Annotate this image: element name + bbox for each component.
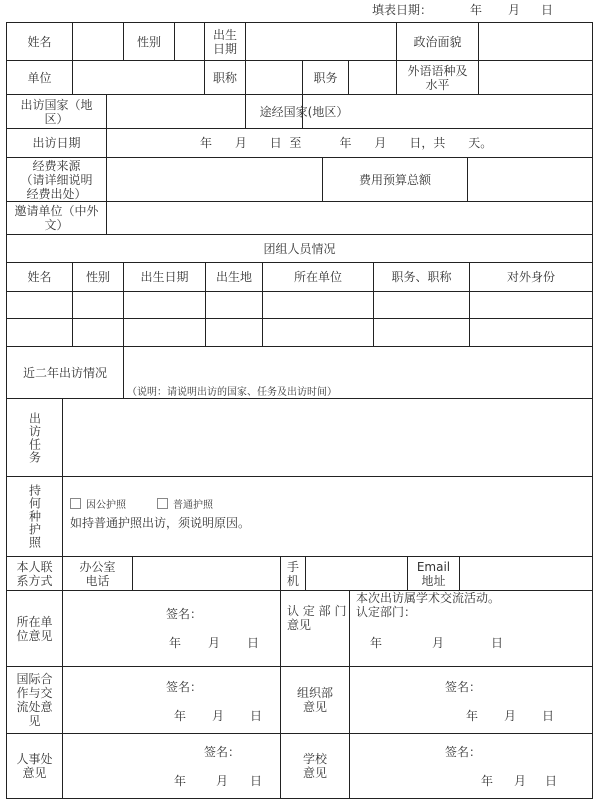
title-field[interactable]: [246, 61, 302, 94]
col-header-position-title: 职务、职称: [374, 263, 469, 291]
label-email: Email 地址: [408, 557, 459, 590]
school-day: 日: [545, 774, 557, 788]
visit-date-range[interactable]: 年 月 日 至 年 月 日，共 天。: [200, 136, 492, 150]
label-name: 姓名: [7, 23, 72, 60]
hr-office-year: 年: [174, 774, 186, 788]
unit-field[interactable]: [73, 61, 204, 94]
office-phone-field[interactable]: [133, 557, 280, 590]
label-mission-text: 出访任务: [28, 412, 42, 464]
unit-opinion-month: 月: [208, 636, 220, 650]
unit-opinion-sign: 签名：: [166, 607, 202, 621]
label-birth-date: 出生 日期: [205, 23, 245, 60]
label-unit: 单位: [7, 61, 72, 94]
col-header-name: 姓名: [7, 263, 72, 291]
org-dept-month: 月: [504, 709, 516, 723]
language-field[interactable]: [479, 61, 592, 94]
checkbox-official-passport[interactable]: [70, 498, 81, 509]
label-position: 职务: [303, 61, 348, 94]
cert-dept-year: 年: [370, 636, 382, 650]
org-dept-day: 日: [542, 709, 554, 723]
hr-office-sign: 签名：: [204, 745, 240, 759]
col-header-unit: 所在单位: [263, 263, 373, 291]
fill-date-month: 月: [508, 3, 520, 17]
label-intl-office: 国际合 作与交 流处意 见: [7, 667, 62, 733]
label-destination: 出访国家（地 区）: [7, 95, 106, 128]
label-office-phone: 办公室 电话: [63, 557, 132, 590]
option-official-passport[interactable]: 因公护照: [70, 498, 126, 513]
funding-source-field[interactable]: [107, 158, 322, 201]
label-visit-date: 出访日期: [7, 129, 106, 157]
school-sign: 签名：: [445, 745, 481, 759]
col-header-birthplace: 出生地: [206, 263, 262, 291]
label-budget-total: 费用预算总额: [323, 158, 467, 201]
label-title: 职称: [205, 61, 245, 94]
political-status-field[interactable]: [479, 23, 592, 60]
org-dept-sign: 签名：: [445, 680, 481, 694]
destination-field[interactable]: [107, 95, 245, 128]
gender-field[interactable]: [175, 23, 204, 60]
school-month: 月: [514, 774, 526, 788]
fill-date-label: 填表日期：: [372, 3, 432, 17]
option-official-passport-label: 因公护照: [86, 500, 126, 511]
label-transit: 途经国家(地区）: [246, 95, 302, 128]
label-funding-source: 经费来源 （请详细说明 经费出处）: [7, 158, 106, 201]
col-header-gender: 性别: [73, 263, 123, 291]
passport-note: 如持普通护照出访，须说明原因。: [70, 516, 250, 530]
org-dept-year: 年: [466, 709, 478, 723]
cert-dept-month: 月: [432, 636, 444, 650]
col-header-birth-date: 出生日期: [124, 263, 205, 291]
delegation-title: 团组人员情况: [7, 235, 592, 262]
unit-opinion-year: 年: [169, 636, 181, 650]
label-mobile: 手 机: [281, 557, 305, 590]
budget-total-field[interactable]: [468, 158, 592, 201]
label-political-status: 政治面貌: [397, 23, 478, 60]
school-year: 年: [481, 774, 493, 788]
cert-dept-day: 日: [491, 636, 503, 650]
col-header-external-identity: 对外身份: [470, 263, 592, 291]
hr-office-day: 日: [250, 774, 262, 788]
checkbox-ordinary-passport[interactable]: [157, 498, 168, 509]
email-field[interactable]: [460, 557, 592, 590]
cert-dept-text: 本次出访属学术交流活动。 认定部门：: [356, 591, 500, 619]
label-hr-office: 人事处 意见: [7, 734, 62, 798]
label-passport: 持何种护照: [7, 477, 62, 556]
table-row[interactable]: [7, 319, 592, 346]
label-mission: 出访任务: [7, 399, 62, 476]
mobile-field[interactable]: [306, 557, 407, 590]
position-field[interactable]: [349, 61, 396, 94]
label-org-dept: 组织部 意见: [281, 667, 349, 733]
intl-office-sign: 签名：: [166, 680, 202, 694]
unit-opinion-day: 日: [247, 636, 259, 650]
label-recent-visits: 近二年出访情况: [7, 347, 123, 398]
name-field[interactable]: [73, 23, 123, 60]
label-unit-opinion: 所在单 位意见: [7, 591, 62, 666]
label-cert-dept: 认 定 部 门 意见: [287, 604, 346, 632]
intl-office-day: 日: [250, 709, 262, 723]
mission-field[interactable]: [63, 399, 592, 476]
fill-date-year: 年: [470, 3, 482, 17]
option-ordinary-passport-label: 普通护照: [173, 500, 213, 511]
inviting-unit-field[interactable]: [107, 202, 592, 234]
intl-office-year: 年: [174, 709, 186, 723]
label-language: 外语语种及 水平: [397, 61, 478, 94]
option-ordinary-passport[interactable]: 普通护照: [157, 498, 213, 513]
recent-visits-note: （说明：请说明出访的国家、任务及出访时间）: [127, 386, 337, 400]
label-inviting-unit: 邀请单位（中外 文）: [7, 202, 106, 234]
label-school: 学校 意见: [281, 734, 349, 798]
fill-date-day: 日: [541, 3, 553, 17]
birth-date-field[interactable]: [246, 23, 396, 60]
transit-field[interactable]: [303, 95, 592, 128]
intl-office-month: 月: [212, 709, 224, 723]
label-gender: 性别: [124, 23, 174, 60]
label-contact: 本人联 系方式: [7, 557, 62, 590]
table-row[interactable]: [7, 292, 592, 318]
label-passport-text: 持何种护照: [28, 484, 42, 549]
hr-office-month: 月: [216, 774, 228, 788]
